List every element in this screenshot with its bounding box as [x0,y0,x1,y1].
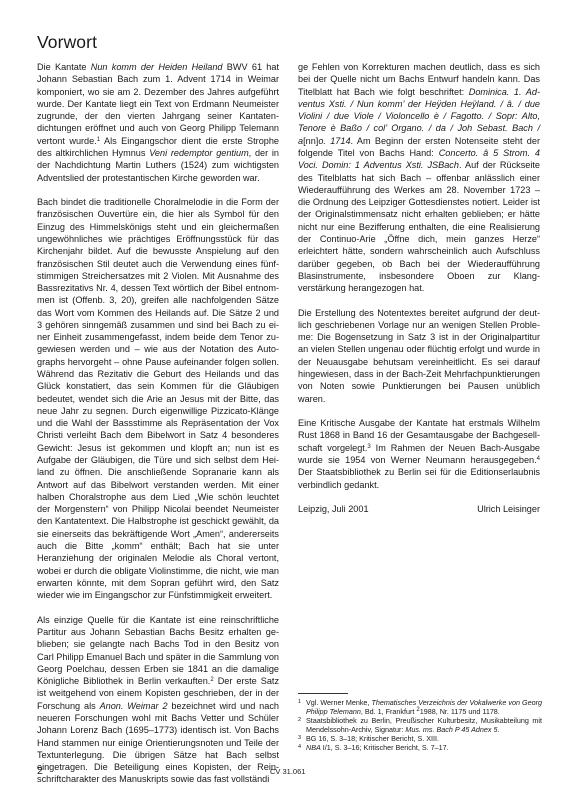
paragraph-analysis: Bach bindet die traditionelle Choralmelo… [37,196,279,601]
footnotes: 1 Vgl. Werner Menke, Thematisches Verzei… [298,698,542,753]
place-date: Leipzig, Juli 2001 [298,503,369,515]
page-title: Vorwort [37,32,97,53]
hymn-title: Veni redemptor gentium [149,148,248,158]
footnote-1: 1 Vgl. Werner Menke, Thematisches Verzei… [298,698,542,716]
author-name: Ulrich Leisinger [477,503,540,515]
footnote-ref-4[interactable]: 4 [537,456,540,462]
footnote-3: 3 BG 16, S. 3–18; Kritischer Bericht, S.… [298,734,542,743]
footnote-divider [298,693,348,694]
paragraph-introduction: Die Kantate Nun komm der Heiden Heiland … [37,61,279,184]
page-number: 2 [37,765,43,777]
signoff: Leipzig, Juli 2001 Ulrich Leisinger [298,503,540,515]
copyist-name: Anon. Weimar 2 [100,701,168,711]
left-column: Die Kantate Nun komm der Heiden Heiland … [37,61,279,786]
catalog-number: CV 31.061 [270,767,305,776]
work-title: Nun komm der Heiden Heiland [91,62,223,72]
right-column: ge Fehlen von Korrekturen machen deutlic… [298,61,540,515]
footnote-2: 2 Staatsbibliothek zu Berlin, Preußische… [298,716,542,734]
paragraph-sources: Als einzige Quelle für die Kantate ist e… [37,614,279,786]
paragraph-critical-edition: Eine Kritische Ausgabe der Kantate hat e… [298,417,540,491]
footnote-4: 4 NBA I/1, S. 3–16; Kritischer Bericht, … [298,743,542,752]
paragraph-sources-continued: ge Fehlen von Korrekturen machen deutlic… [298,61,540,294]
paragraph-edition-notes: Die Erstellung des Notentextes bereitet … [298,307,540,405]
